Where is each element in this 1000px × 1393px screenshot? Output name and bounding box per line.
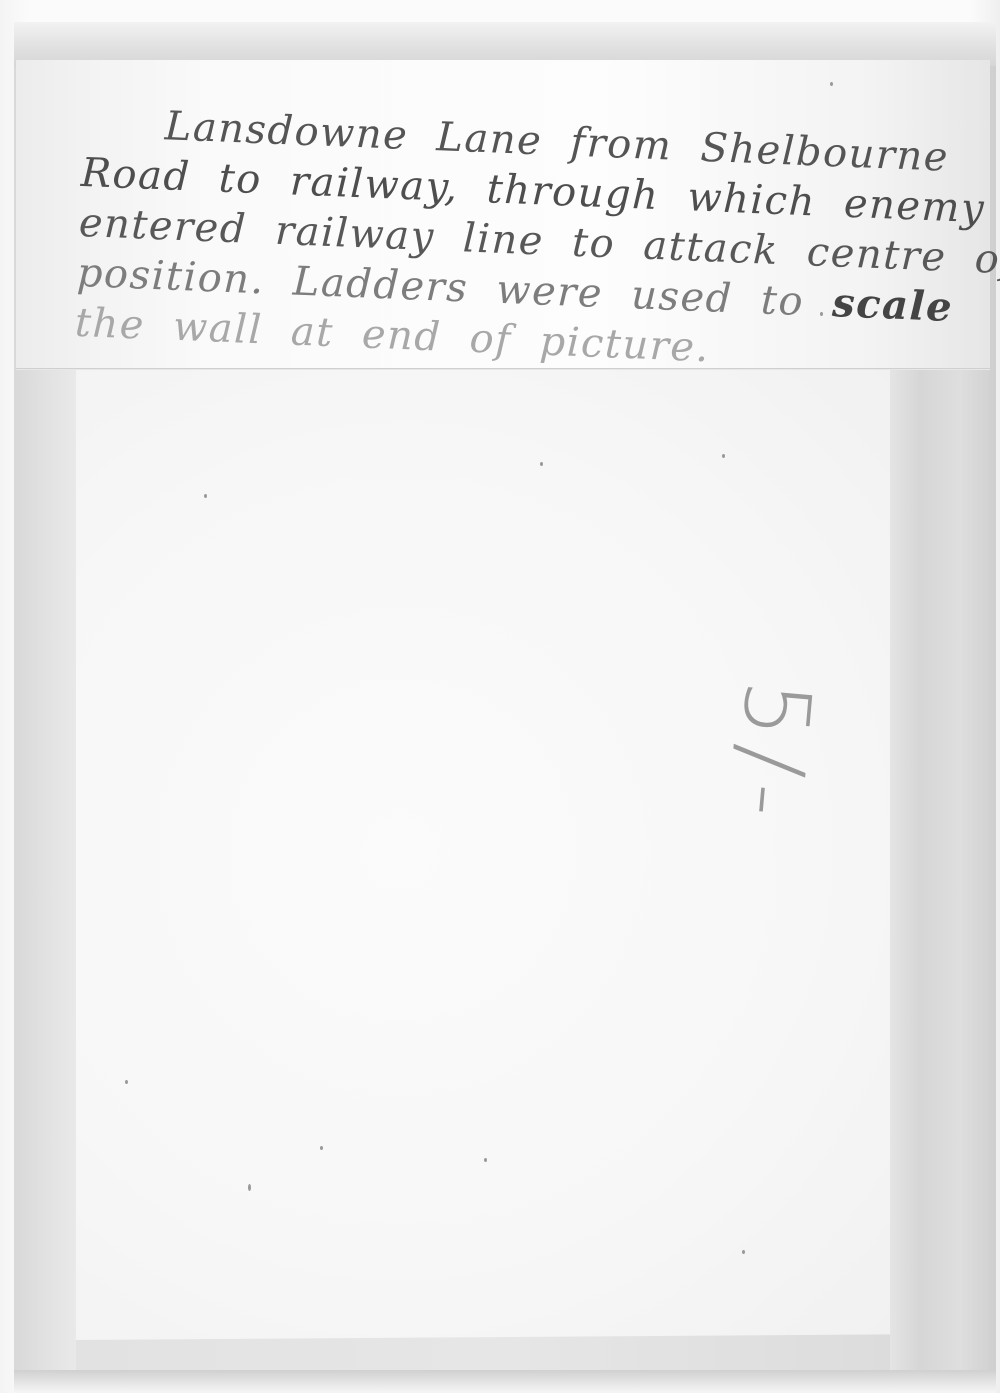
- paper-speck: [820, 312, 823, 316]
- paper-speck: [484, 1158, 487, 1162]
- paper-speck: [742, 1250, 745, 1254]
- paper-speck: [125, 1080, 128, 1084]
- sleeve-right-edge: [890, 368, 990, 1380]
- caption-emphasized-word: scale: [831, 279, 954, 331]
- pencil-price-annotation: 5/-: [713, 676, 830, 829]
- paper-speck: [830, 82, 833, 86]
- sleeve-bottom-edge: [14, 1370, 996, 1393]
- paper-speck: [248, 1184, 251, 1191]
- paper-speck: [320, 1146, 323, 1150]
- handwritten-caption: Lansdowne Lane from Shelbourne Road to r…: [74, 98, 963, 383]
- photograph-back: [76, 362, 890, 1340]
- paper-speck: [540, 462, 543, 466]
- paper-speck: [722, 454, 725, 458]
- paper-speck: [204, 494, 207, 498]
- sleeve-left-edge: [14, 368, 76, 1380]
